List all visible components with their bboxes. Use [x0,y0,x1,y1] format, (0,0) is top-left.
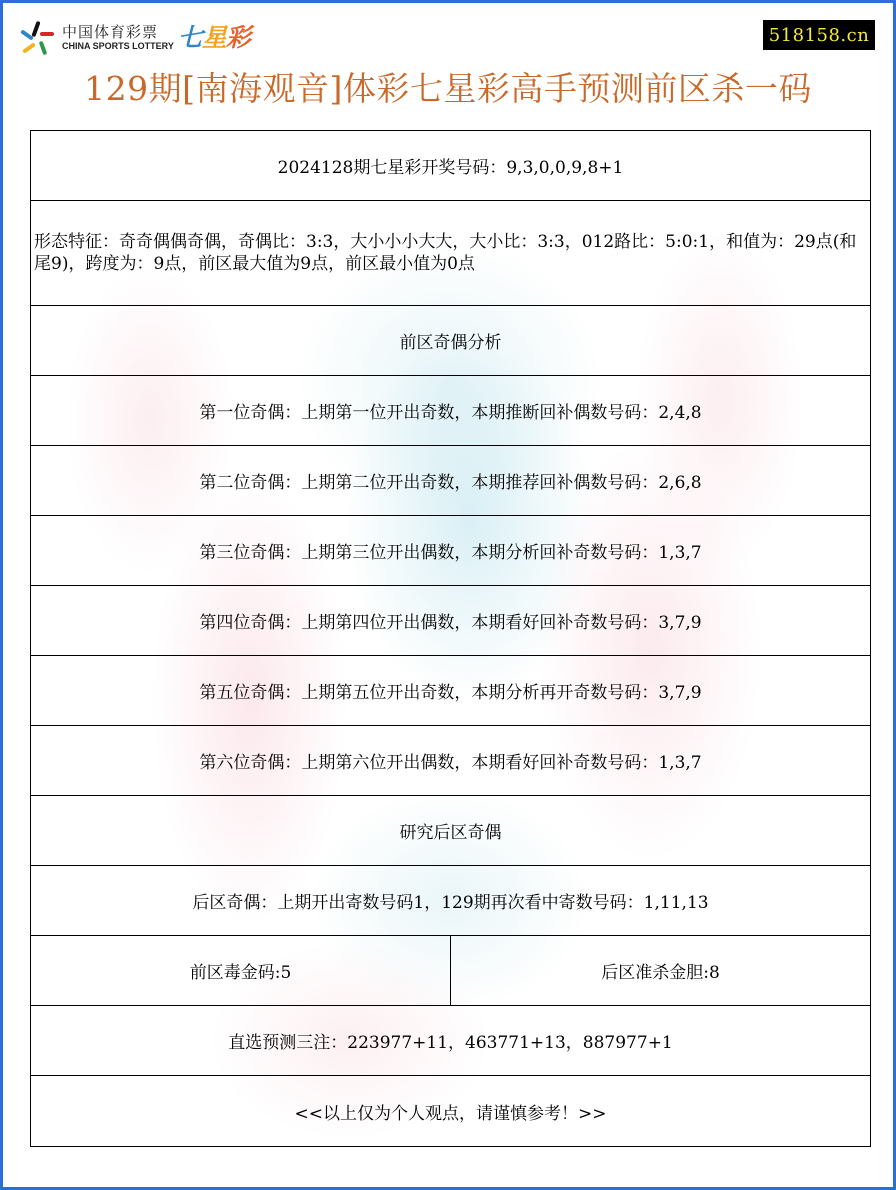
front-poison-code: 前区毒金码:5 [31,936,450,1005]
position-row-5: 第五位奇偶：上期第五位开出奇数，本期分析再开奇数号码：3,7,9 [31,656,870,726]
back-parity-row: 后区奇偶：上期开出寄数号码1，129期再次看中寄数号码：1,11,13 [31,866,870,936]
logo-text: 中国体育彩票 CHINA SPORTS LOTTERY [62,24,174,52]
gold-codes-row: 前区毒金码:5 后区准杀金胆:8 [31,936,870,1006]
position-row-4: 第四位奇偶：上期第四位开出偶数，本期看好回补奇数号码：3,7,9 [31,586,870,656]
position-row-6: 第六位奇偶：上期第六位开出偶数，本期看好回补奇数号码：1,3,7 [31,726,870,796]
logo: 中国体育彩票 CHINA SPORTS LOTTERY 七星彩 [18,16,250,60]
game-name-char-2: 星 [202,23,226,52]
sports-lottery-star-icon [18,19,56,57]
last-draw-row: 2024128期七星彩开奖号码：9,3,0,0,9,8+1 [31,131,870,201]
front-section-heading: 前区奇偶分析 [31,306,870,376]
game-name-logo: 七星彩 [178,23,250,53]
logo-cn-text: 中国体育彩票 [62,24,174,41]
site-badge: 518158.cn [763,20,875,50]
position-row-2: 第二位奇偶：上期第二位开出奇数，本期推荐回补偶数号码：2,6,8 [31,446,870,516]
logo-en-text: CHINA SPORTS LOTTERY [62,41,174,52]
position-row-1: 第一位奇偶：上期第一位开出奇数，本期推断回补偶数号码：2,4,8 [31,376,870,446]
prediction-table: 2024128期七星彩开奖号码：9,3,0,0,9,8+1 形态特征：奇奇偶偶奇… [30,130,871,1147]
disclaimer-row: <<以上仅为个人观点，请谨慎参考！>> [31,1076,870,1146]
back-kill-code: 后区准杀金胆:8 [450,936,870,1005]
pattern-features-row: 形态特征：奇奇偶偶奇偶，奇偶比：3:3，大小小小大大，大小比：3:3，012路比… [31,201,870,306]
game-name-char-1: 七 [178,23,202,52]
back-section-heading: 研究后区奇偶 [31,796,870,866]
page-title: 129期[南海观音]体彩七星彩高手预测前区杀一码 [0,66,896,112]
direct-picks-row: 直选预测三注：223977+11，463771+13，887977+1 [31,1006,870,1076]
game-name-char-3: 彩 [226,23,250,52]
position-row-3: 第三位奇偶：上期第三位开出偶数，本期分析回补奇数号码：1,3,7 [31,516,870,586]
